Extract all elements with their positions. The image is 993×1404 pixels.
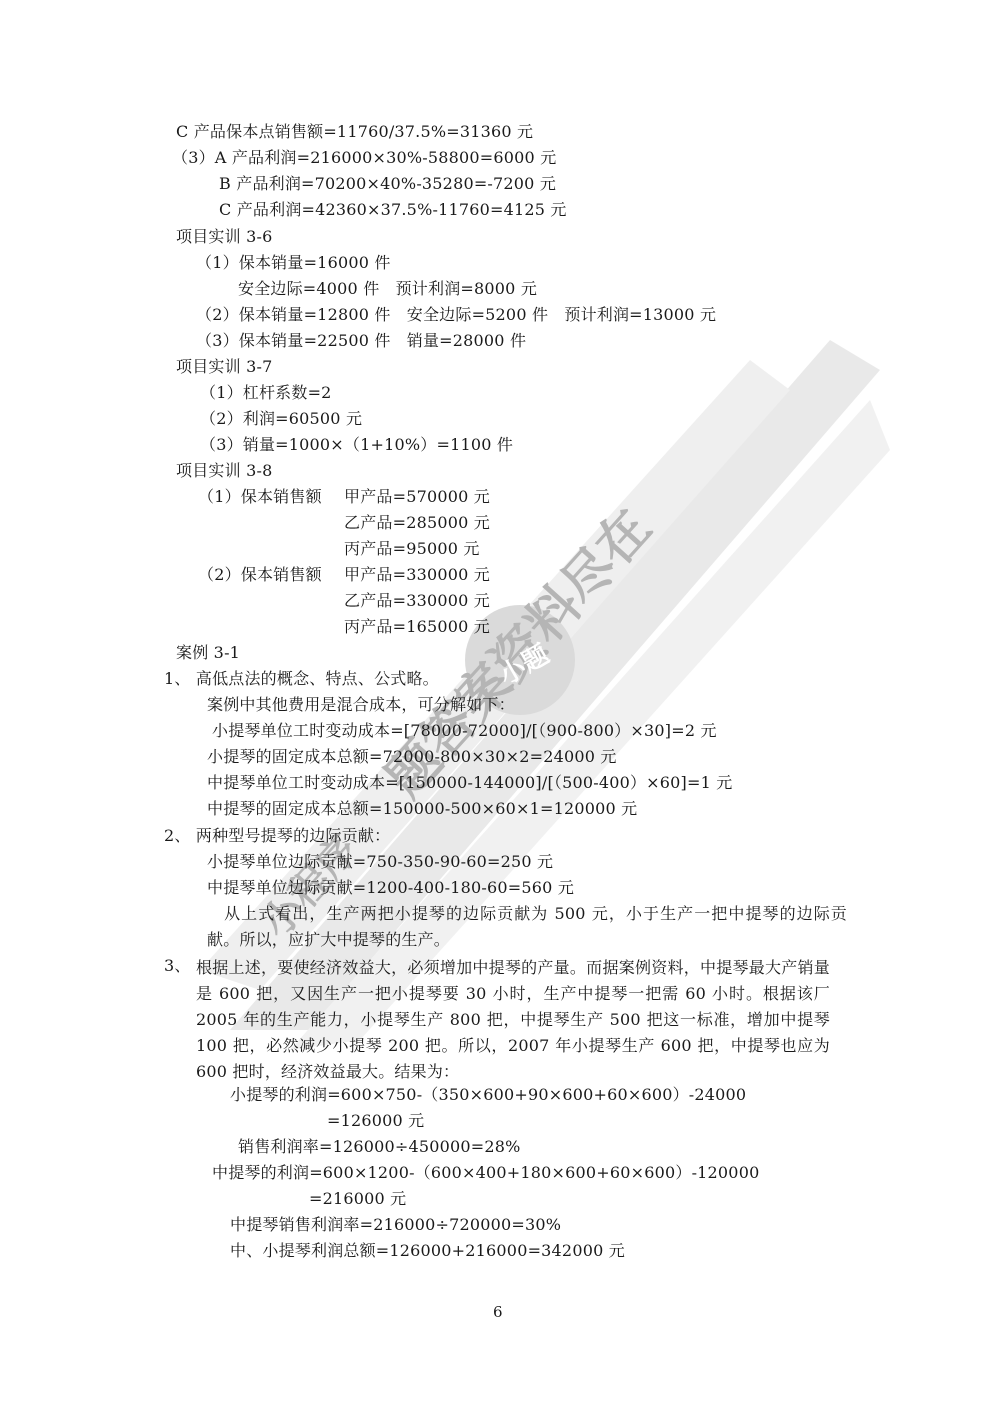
text-line: （1）杠杆系数=2 [200, 382, 332, 404]
list-number: 3、 [164, 955, 191, 977]
text-line: 中、小提琴利润总额=126000+216000=342000 元 [230, 1240, 625, 1262]
text-line: B 产品利润=70200×40%-35280=-7200 元 [219, 173, 556, 195]
document-page: C 产品保本点销售额=11760/37.5%=31360 元 （3）A 产品利润… [0, 0, 993, 1404]
text-line: 甲产品=570000 元 [344, 486, 490, 508]
text-line: 中提琴的固定成本总额=150000-500×60×1=120000 元 [207, 798, 637, 820]
text-line: 案例中其他费用是混合成本，可分解如下： [207, 694, 515, 716]
text-line: 甲产品=330000 元 [344, 564, 490, 586]
text-line: （1）保本销售额 [198, 486, 322, 508]
text-line: （2）利润=60500 元 [200, 408, 362, 430]
text-line: 小提琴单位边际贡献=750-350-90-60=250 元 [207, 851, 553, 873]
text-line: （2）保本销售额 [198, 564, 322, 586]
text-line: C 产品保本点销售额=11760/37.5%=31360 元 [176, 121, 533, 143]
text-line: 销售利润率=126000÷450000=28% [238, 1136, 521, 1158]
text-line: 小提琴的固定成本总额=72000-800×30×2=24000 元 [207, 746, 617, 768]
page-number: 6 [493, 1303, 503, 1321]
text-line: 乙产品=285000 元 [344, 512, 490, 534]
section-heading: 项目实训 3-7 [176, 356, 272, 378]
text-line: C 产品利润=42360×37.5%-11760=4125 元 [219, 199, 567, 221]
text-line: =216000 元 [309, 1188, 406, 1210]
text-line: 中提琴单位边际贡献=1200-400-180-60=560 元 [207, 877, 574, 899]
text-line: （3）保本销量=22500 件 销量=28000 件 [196, 330, 526, 352]
text-line: 中提琴的利润=600×1200-（600×400+180×600+60×600）… [212, 1162, 759, 1184]
text-line: 丙产品=95000 元 [344, 538, 480, 560]
text-line: 乙产品=330000 元 [344, 590, 490, 612]
paragraph: 从上式看出，生产两把小提琴的边际贡献为 500 元，小于生产一把中提琴的边际贡献… [207, 901, 847, 953]
section-heading: 案例 3-1 [176, 642, 240, 664]
text-line: 2、 两种型号提琴的边际贡献： [164, 825, 390, 847]
text-line: 1、 高低点法的概念、特点、公式略。 [164, 668, 439, 690]
text-line: （3）A 产品利润=216000×30%-58800=6000 元 [172, 147, 556, 169]
text-line: 中提琴单位工时变动成本=[150000-144000]/[（500-400）×6… [207, 772, 732, 794]
text-line: 小提琴的利润=600×750-（350×600+90×600+60×600）-2… [230, 1084, 746, 1106]
text-line: （1）保本销量=16000 件 [196, 252, 391, 274]
section-heading: 项目实训 3-6 [176, 226, 272, 248]
text-line: （3）销量=1000×（1+10%）=1100 件 [200, 434, 513, 456]
text-line: 小提琴单位工时变动成本=[78000-72000]/[（900-800）×30]… [212, 720, 717, 742]
text-line: 安全边际=4000 件 预计利润=8000 元 [238, 278, 537, 300]
text-line: 丙产品=165000 元 [344, 616, 490, 638]
section-heading: 项目实训 3-8 [176, 460, 272, 482]
text-line: =126000 元 [327, 1110, 424, 1132]
text-line: 中提琴销售利润率=216000÷720000=30% [230, 1214, 561, 1236]
paragraph: 根据上述，要使经济效益大，必须增加中提琴的产量。而据案例资料，中提琴最大产销量是… [196, 955, 830, 1085]
text-line: （2）保本销量=12800 件 安全边际=5200 件 预计利润=13000 元 [196, 304, 716, 326]
